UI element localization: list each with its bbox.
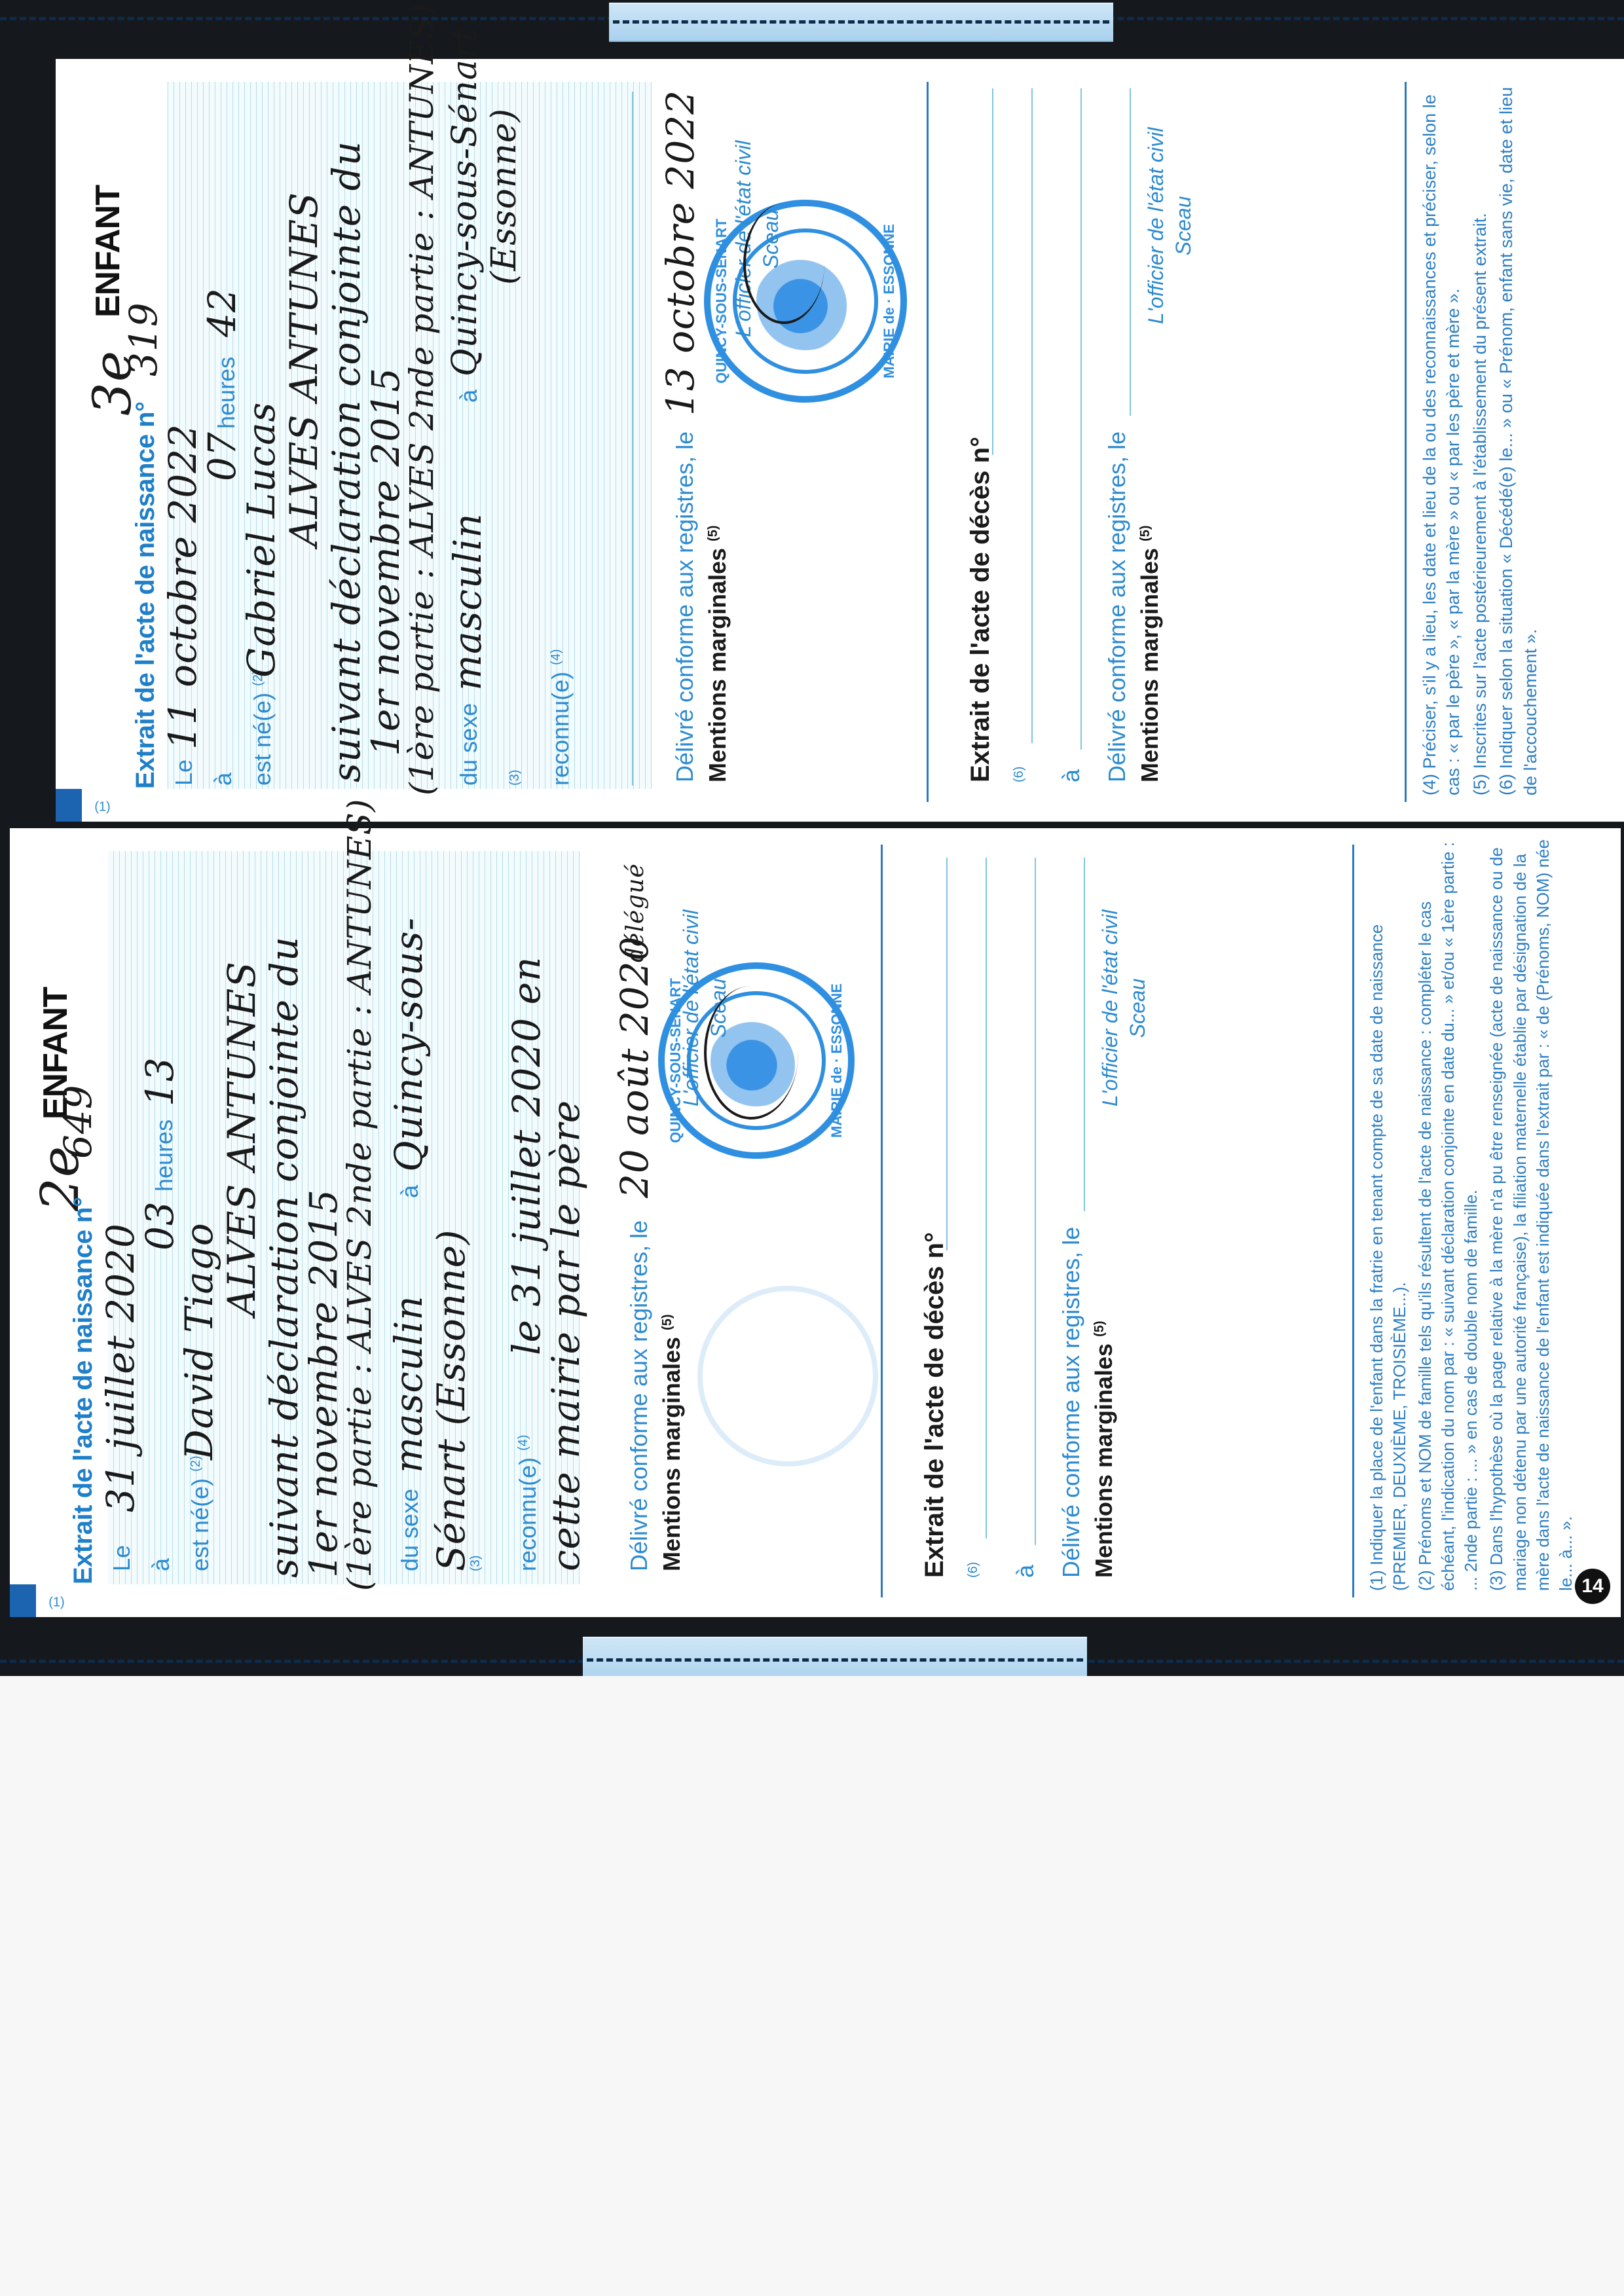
birth-place: Quincy-sous-Sénart xyxy=(445,27,485,376)
label-le: Le xyxy=(170,759,198,786)
delivery-label: Délivré conforme aux registres, le xyxy=(625,1220,653,1571)
page-edge-tab xyxy=(10,1584,36,1617)
binder-strap-top xyxy=(609,3,1113,42)
delivery-date: 13 octobre 2022 xyxy=(658,90,703,416)
delivery-label: Délivré conforme aux registres, le xyxy=(671,431,699,782)
death-delivery-label: Délivré conforme aux registres, le xyxy=(1103,431,1131,782)
margin-ref: (1) xyxy=(48,1595,64,1610)
birth-hour: 03 xyxy=(138,1201,182,1250)
page-3e-enfant: (1) 3e ENFANT Extrait de l'acte de naiss… xyxy=(56,59,1624,822)
label-sexe: du sexe xyxy=(455,703,483,786)
ref-3: (3) xyxy=(468,1556,483,1571)
child-first-names: Gabriel Lucas xyxy=(239,402,284,678)
birth-hour: 07 xyxy=(200,431,244,481)
footnotes: (4) Préciser, s'il y a lieu, les date et… xyxy=(1418,75,1545,795)
child-sex: masculin xyxy=(445,513,490,691)
label-heures: heures xyxy=(213,357,240,429)
recognition-line1: le 31 juillet 2020 en xyxy=(504,957,549,1355)
child-name-declaration: suivant déclaration conjointe du xyxy=(324,141,369,782)
officer-signature xyxy=(704,986,798,1120)
label-reconnu: reconnu(e) (4) xyxy=(547,649,574,786)
death-officer-label: L'officier de l'état civilSceau xyxy=(1097,910,1151,1106)
birth-place: Quincy-sous- xyxy=(386,917,431,1172)
ref-3: (3) xyxy=(507,770,523,786)
child-name-declaration-date: 1er novembre 2015 xyxy=(363,367,408,756)
label-est-ne: est né(e) (2) xyxy=(187,1455,214,1571)
footnotes: (1) Indiquer la place de l'enfant dans l… xyxy=(1365,838,1580,1591)
label-sexe: du sexe xyxy=(396,1489,424,1571)
death-delivery-label: Délivré conforme aux registres, le xyxy=(1058,1227,1085,1578)
child-surname: ALVES ANTUNES xyxy=(282,192,326,547)
death-label-a: à xyxy=(1012,1565,1039,1578)
label-reconnu: reconnu(e) (4) xyxy=(514,1434,542,1571)
ref-6: (6) xyxy=(966,1562,981,1578)
label-a: à xyxy=(210,773,237,786)
delivery-delegue: délégué xyxy=(622,863,649,962)
faded-stamp xyxy=(697,1286,878,1467)
birth-extract-title: Extrait de l'acte de naissance n° xyxy=(69,1197,98,1585)
ref-6: (6) xyxy=(1012,767,1027,782)
birth-minutes: 42 xyxy=(200,287,244,337)
label-heures: heures xyxy=(151,1120,178,1192)
death-extract-title: Extrait de l'acte de décès n° xyxy=(920,1232,950,1578)
death-extract-title: Extrait de l'acte de décès n° xyxy=(966,437,995,782)
recognition-line2: cette mairie par le père xyxy=(544,1100,588,1571)
page-2e-enfant: (1) 2e ENFANT Extrait de l'acte de naiss… xyxy=(10,828,1621,1617)
label-a: à xyxy=(147,1558,175,1571)
death-label-a: à xyxy=(1058,769,1085,782)
margin-ref: (1) xyxy=(94,799,110,814)
death-officer-label: L'officier de l'état civilSceau xyxy=(1143,128,1197,324)
child-name-parts: (1ère partie : ALVES 2nde partie : ANTUN… xyxy=(403,3,441,795)
label-lieu-a: à xyxy=(455,390,483,403)
label-le: Le xyxy=(108,1545,136,1571)
death-mentions-title: Mentions marginales (5) xyxy=(1136,525,1164,782)
child-name-declaration: suivant déclaration conjointe du xyxy=(262,936,306,1578)
birth-place-dept: Sénart (Essonne) xyxy=(429,1229,473,1571)
death-mentions-title: Mentions marginales (5) xyxy=(1090,1321,1118,1578)
child-sex: masculin xyxy=(386,1295,431,1473)
birth-date: 31 juillet 2020 xyxy=(98,1223,143,1512)
child-first-names: David Tiago xyxy=(177,1222,221,1460)
rank-label: ENFANT xyxy=(88,185,128,318)
birth-extract-title: Extrait de l'acte de naissance n° xyxy=(131,402,160,790)
label-est-ne: est né(e) (2) xyxy=(249,670,276,786)
birth-date: 11 octobre 2022 xyxy=(160,424,205,750)
officer-signature xyxy=(743,204,824,324)
birth-act-number: 319 xyxy=(121,302,166,376)
mentions-marginales-title: Mentions marginales (5) xyxy=(658,1314,686,1571)
delivery-date: 20 août 2020 xyxy=(612,936,657,1198)
child-name-parts: (1ère partie : ALVES 2nde partie : ANTUN… xyxy=(341,799,378,1591)
birth-minutes: 13 xyxy=(138,1057,182,1106)
mentions-marginales-title: Mentions marginales (5) xyxy=(704,525,731,782)
birth-act-number: 649 xyxy=(56,1084,100,1159)
label-lieu-a: à xyxy=(396,1185,424,1198)
child-surname: ALVES ANTUNES xyxy=(219,961,264,1316)
scanner-blank-area xyxy=(0,1676,1624,2296)
child-name-declaration-date: 1er novembre 2015 xyxy=(301,1189,346,1578)
page-number-badge: 14 xyxy=(1575,1569,1610,1604)
page-edge-tab xyxy=(56,789,82,822)
birth-place-dept: (Essonne) xyxy=(485,108,524,285)
